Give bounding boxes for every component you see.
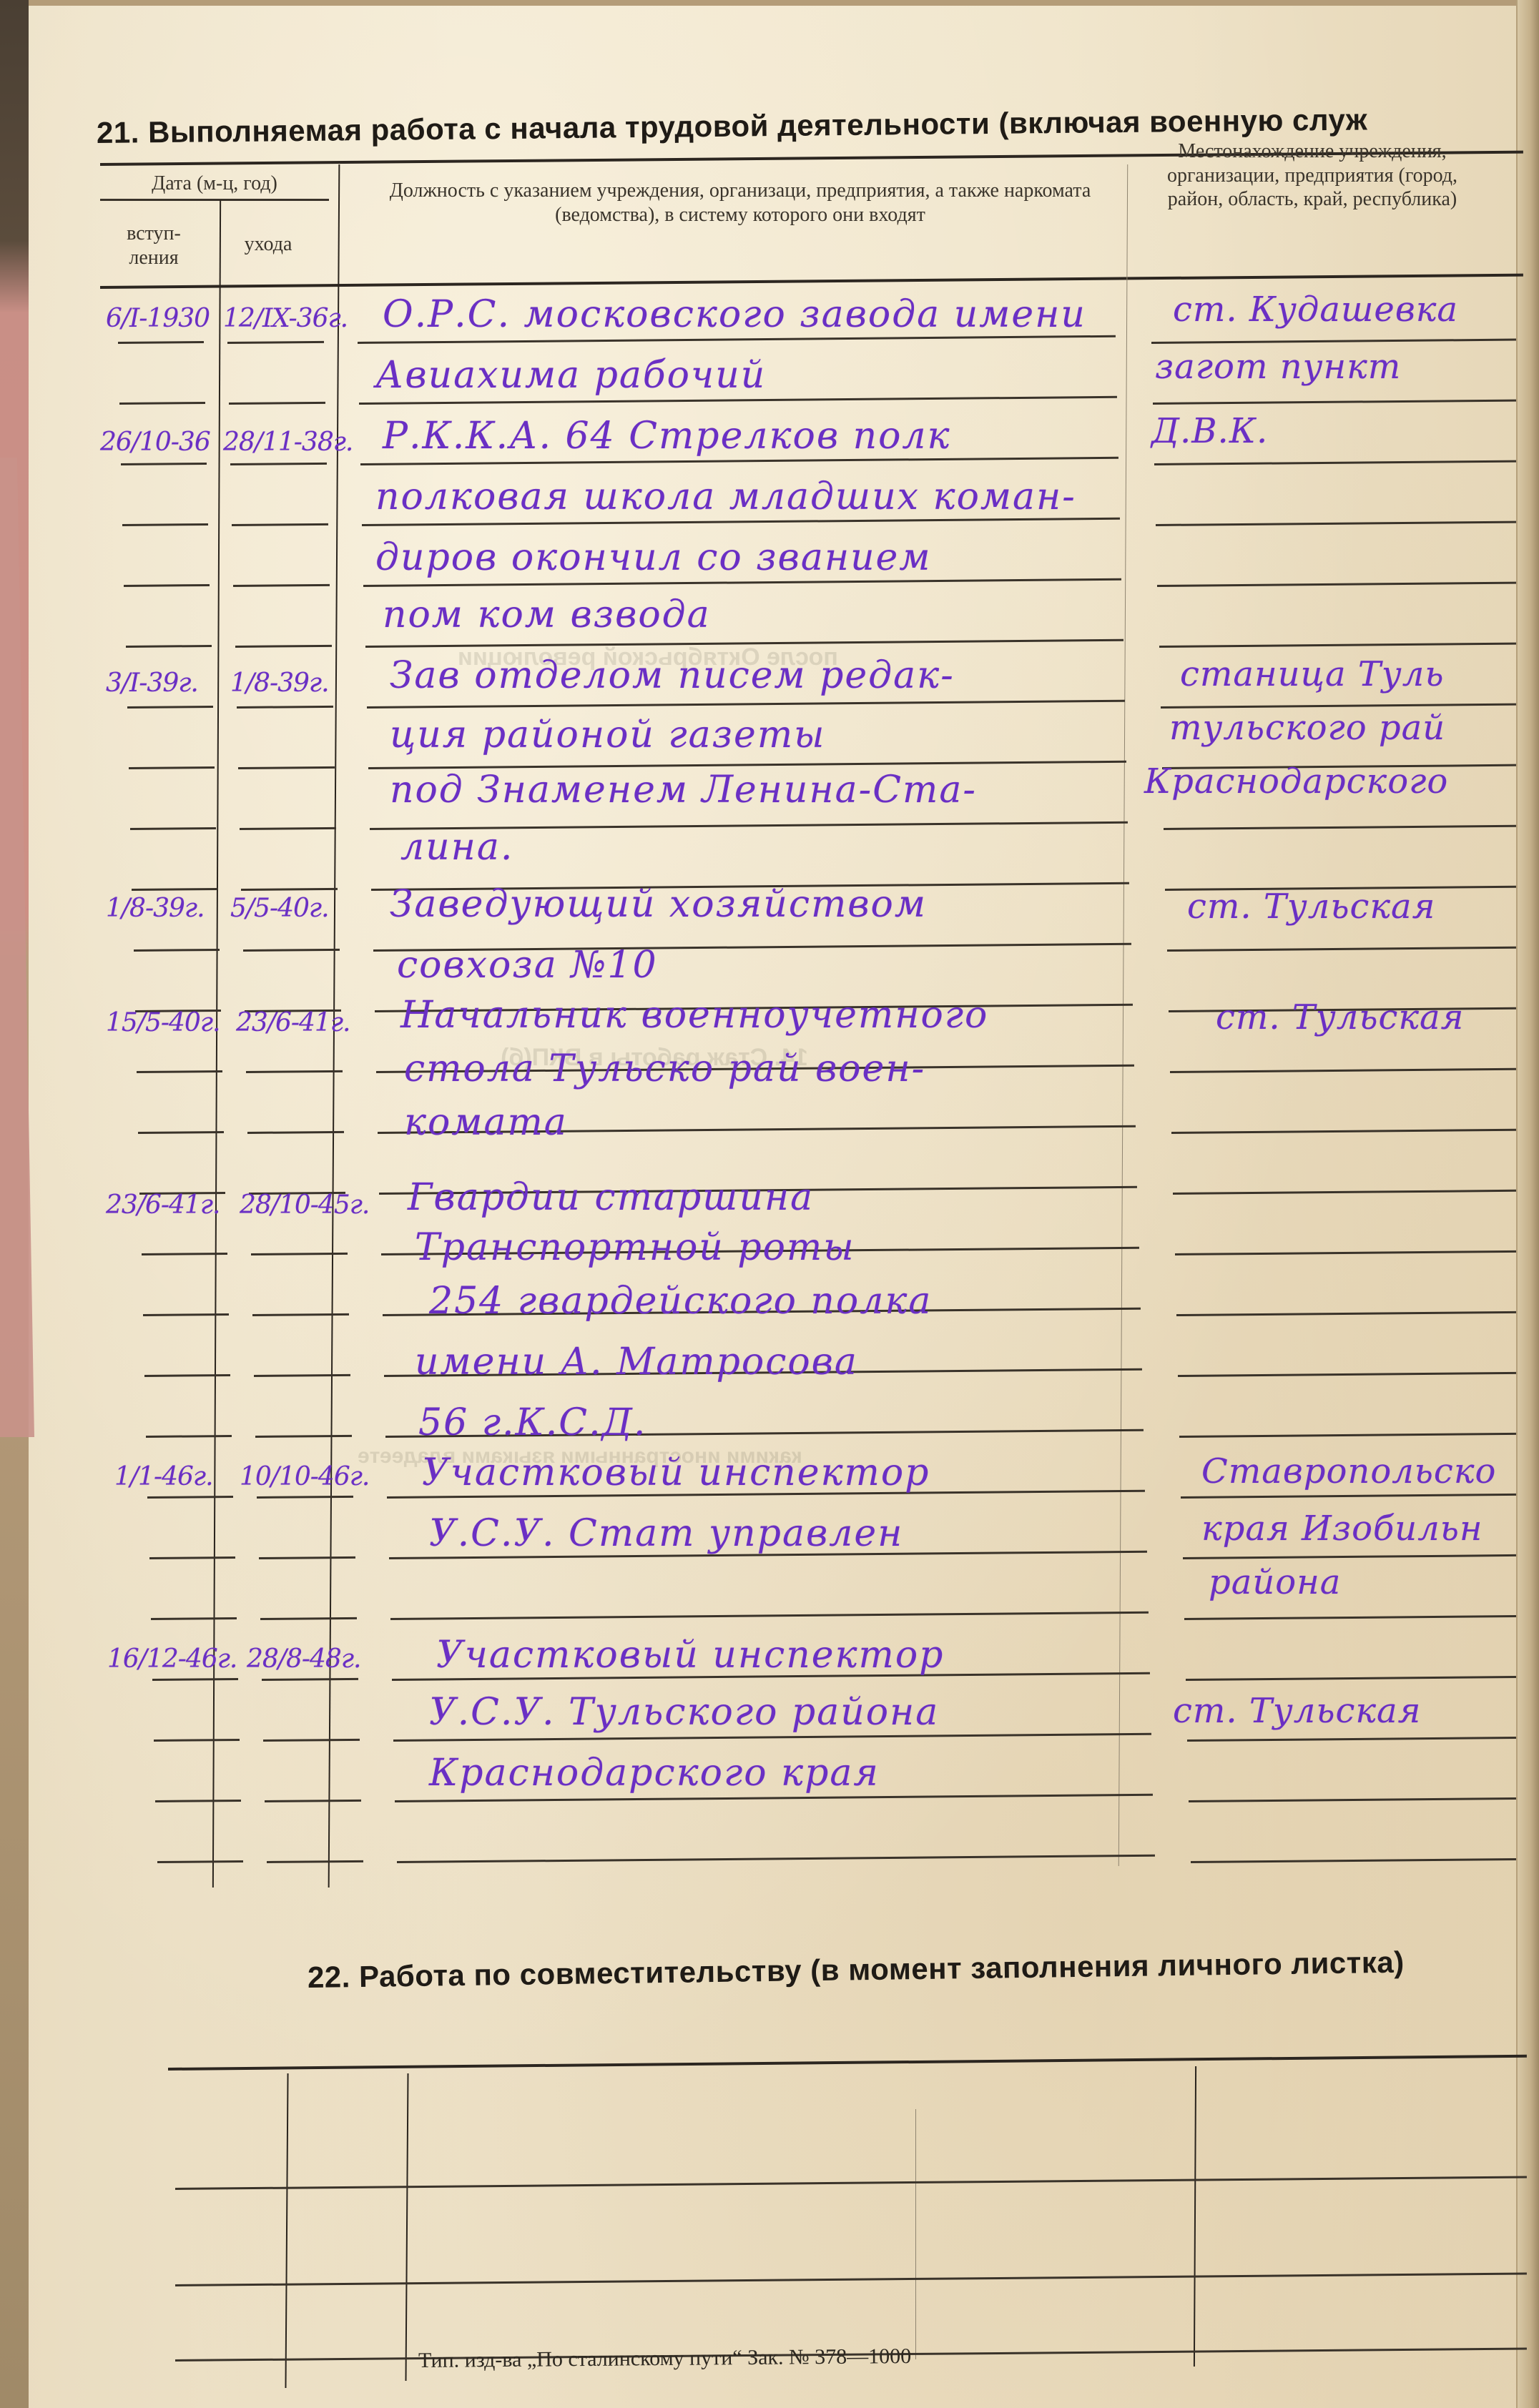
entry-position-line: Р.К.К.А. 64 Стрелков полк — [383, 415, 951, 458]
entry-position-line: ция районой газеты — [390, 714, 825, 756]
ruled-line — [1170, 1068, 1516, 1073]
ruled-line — [118, 341, 204, 344]
ruled-line — [1183, 1554, 1516, 1559]
ruled-line — [1156, 521, 1516, 526]
ruled-line — [237, 706, 333, 709]
entry-position-line: под Знаменем Ленина-Ста- — [390, 769, 977, 811]
ruled-line — [1151, 339, 1516, 344]
entry-end-date: 28/10-45г. — [240, 1190, 369, 1220]
next-page-edge — [1516, 0, 1539, 2408]
ruled-line — [146, 1435, 232, 1438]
entry-start-date: 16/12-46г. — [107, 1644, 237, 1674]
header-bottom-rule — [100, 274, 1523, 289]
entry-position-line: Гвардии старшина — [408, 1176, 814, 1219]
form-page: после Октябрьской революции 14. Стаж раб… — [0, 0, 1539, 2408]
ruled-line — [175, 2273, 1527, 2286]
entry-position-line: лина. — [400, 826, 513, 869]
ruled-line — [359, 396, 1117, 405]
ruled-line — [390, 1612, 1149, 1620]
ruled-line — [362, 518, 1120, 526]
page-top-edge — [0, 0, 1539, 6]
ruled-line — [1173, 1190, 1516, 1195]
column-divider — [285, 2073, 288, 2388]
ruled-line — [247, 1131, 344, 1134]
ruled-line — [1186, 1676, 1516, 1681]
ruled-line — [121, 463, 207, 465]
ruled-line — [240, 827, 336, 830]
ruled-line — [1181, 1494, 1516, 1499]
entry-location-line: края Изобильн — [1201, 1509, 1483, 1549]
column-divider — [405, 2073, 408, 2381]
ruled-line — [360, 457, 1118, 465]
entry-position-line: О.Р.С. московского завода имени — [383, 293, 1086, 336]
ruled-line — [1171, 1129, 1516, 1134]
date-group-rule — [100, 199, 329, 201]
ruled-line — [134, 949, 220, 952]
entry-location-line: ст. Кудашевка — [1173, 290, 1458, 330]
entry-position-line: комата — [404, 1101, 568, 1144]
entry-end-date: 28/11-38г. — [223, 428, 353, 457]
ruled-line — [126, 645, 212, 648]
entry-position-line: 254 гвардейского полка — [429, 1280, 932, 1323]
ruled-line — [137, 1070, 222, 1073]
entry-end-date: 23/6-41г. — [236, 1008, 350, 1037]
entry-end-date: 1/8-39г. — [230, 668, 329, 698]
ruled-line — [1187, 1737, 1516, 1742]
ruled-line — [227, 341, 324, 344]
entry-position-line: Участковый инспектор — [436, 1634, 944, 1677]
entry-position-line: совхоза №10 — [397, 944, 658, 987]
entry-position-line: Заведующий хозяйством — [390, 883, 927, 926]
ruled-line — [155, 1800, 241, 1802]
ruled-line — [254, 1374, 350, 1377]
ruled-line — [1167, 947, 1516, 952]
ruled-line — [235, 645, 332, 648]
ruled-line — [1153, 400, 1516, 405]
ruled-line — [124, 584, 210, 587]
ruled-line — [1189, 1797, 1516, 1802]
ruled-line — [267, 1860, 363, 1863]
entry-position-line: имени А. Матросова — [415, 1341, 858, 1383]
entry-position-line: Транспортной роты — [415, 1226, 855, 1269]
ruled-line — [246, 1070, 343, 1073]
ruled-line — [232, 523, 328, 526]
entry-end-date: 5/5-40г. — [230, 894, 329, 923]
ruled-line — [1154, 460, 1516, 465]
ruled-line — [129, 766, 215, 769]
ruled-line — [257, 1496, 353, 1499]
entry-location-line: Ставропольско — [1201, 1451, 1496, 1491]
ruled-line — [230, 463, 327, 465]
ruled-line — [1157, 582, 1516, 587]
ruled-line — [397, 1855, 1155, 1863]
ruled-line — [175, 2176, 1527, 2190]
ruled-line — [229, 402, 325, 405]
ruled-line — [358, 335, 1116, 344]
ruled-line — [1178, 1372, 1516, 1377]
ruled-line — [132, 888, 217, 891]
ruled-line — [138, 1131, 224, 1134]
ruled-line — [147, 1496, 233, 1499]
entry-end-date: 10/10-46г. — [240, 1462, 369, 1491]
ruled-line — [149, 1556, 235, 1559]
ruled-line — [154, 1739, 240, 1742]
header-date-group: Дата (м-ц, год) — [100, 172, 329, 196]
ruled-line — [243, 949, 340, 952]
entry-location-line: загот пункт — [1155, 347, 1401, 387]
ruled-line — [252, 1313, 349, 1316]
header-location: Местонахождение учреждения, организации,… — [1144, 139, 1480, 212]
ruled-line — [262, 1678, 358, 1681]
entry-position-line: У.С.У. Тульского района — [429, 1691, 939, 1734]
ruled-line — [1159, 643, 1516, 648]
entry-position-line: Зав отделом писем редак- — [390, 654, 955, 697]
entry-position-line: 56 г.К.С.Д. — [418, 1401, 646, 1444]
entry-position-line: стола Тульско рай воен- — [404, 1047, 925, 1090]
ruled-line — [259, 1556, 355, 1559]
ruled-line — [1164, 825, 1516, 830]
entry-position-line: полковая школа младших коман- — [375, 475, 1076, 518]
header-end-date: ухода — [215, 232, 322, 257]
ruled-line — [238, 766, 335, 769]
column-divider — [212, 200, 221, 1888]
header-position: Должность с указанием учреждения, органи… — [365, 179, 1116, 227]
entry-position-line: Участковый инспектор — [422, 1451, 930, 1494]
entry-start-date: 1/8-39г. — [106, 894, 205, 923]
entry-end-date: 12/IX-36г. — [223, 304, 348, 333]
ruled-line — [1175, 1250, 1516, 1255]
ruled-line — [1176, 1311, 1516, 1316]
ruled-line — [1184, 1615, 1516, 1620]
ruled-line — [144, 1374, 230, 1377]
entry-start-date: 1/1-46г. — [114, 1462, 213, 1491]
ruled-line — [265, 1800, 361, 1802]
ruled-line — [1191, 1858, 1516, 1863]
entry-position-line: пом ком взвода — [383, 593, 711, 636]
ruled-line — [260, 1617, 357, 1620]
ruled-line — [255, 1435, 352, 1438]
ruled-line — [152, 1678, 238, 1681]
ruled-line — [367, 700, 1125, 709]
ruled-line — [233, 584, 330, 587]
section-22-top-rule — [168, 2055, 1527, 2071]
ruled-line — [395, 1794, 1153, 1802]
entry-location-line: тульского рай — [1169, 708, 1445, 748]
ruled-line — [393, 1733, 1151, 1742]
ruled-line — [363, 578, 1121, 587]
entry-position-line: диров окончил со званием — [375, 536, 931, 579]
entry-location-line: ст. Тульская — [1187, 887, 1435, 927]
ruled-line — [157, 1860, 243, 1863]
entry-start-date: 3/I-39г. — [106, 668, 198, 698]
column-divider — [1194, 2066, 1196, 2367]
column-divider — [915, 2109, 916, 2359]
entry-end-date: 28/8-48г. — [247, 1644, 360, 1674]
ruled-line — [1179, 1433, 1516, 1438]
entry-start-date: 26/10-36 — [100, 428, 210, 457]
entry-location-line: ст. Тульская — [1173, 1691, 1421, 1731]
entry-start-date: 15/5-40г. — [106, 1008, 220, 1037]
entry-position-line: Краснодарского края — [429, 1752, 880, 1795]
ruled-line — [151, 1617, 237, 1620]
entry-position-line: Авиахима рабочий — [375, 354, 766, 397]
ruled-line — [122, 523, 208, 526]
entry-location-line: района — [1209, 1562, 1341, 1602]
entry-position-line: У.С.У. Стат управлен — [429, 1512, 903, 1555]
entry-start-date: 6/I-1930 — [106, 304, 210, 333]
entry-location-line: Краснодарского — [1144, 761, 1448, 801]
column-divider — [1118, 164, 1128, 1866]
pink-paper-tab — [0, 458, 34, 1437]
ruled-line — [119, 402, 205, 405]
ruled-line — [241, 888, 338, 891]
entry-location-line: ст. Тульская — [1216, 997, 1464, 1037]
entry-location-line: станица Туль — [1180, 654, 1444, 694]
entry-location-line: Д.В.К. — [1151, 411, 1268, 451]
ruled-line — [127, 706, 213, 709]
section-22-title: 22. Работа по совместительству (в момент… — [308, 1945, 1405, 1995]
ruled-line — [263, 1739, 360, 1742]
header-start-date: вступ- ления — [107, 222, 200, 270]
entry-start-date: 23/6-41г. — [106, 1190, 220, 1220]
ruled-line — [130, 827, 216, 830]
entry-position-line: Начальник военноучетного — [400, 994, 988, 1037]
printer-imprint: Тип. изд-ва „По сталинскому пути“ Зак. №… — [418, 2344, 911, 2373]
